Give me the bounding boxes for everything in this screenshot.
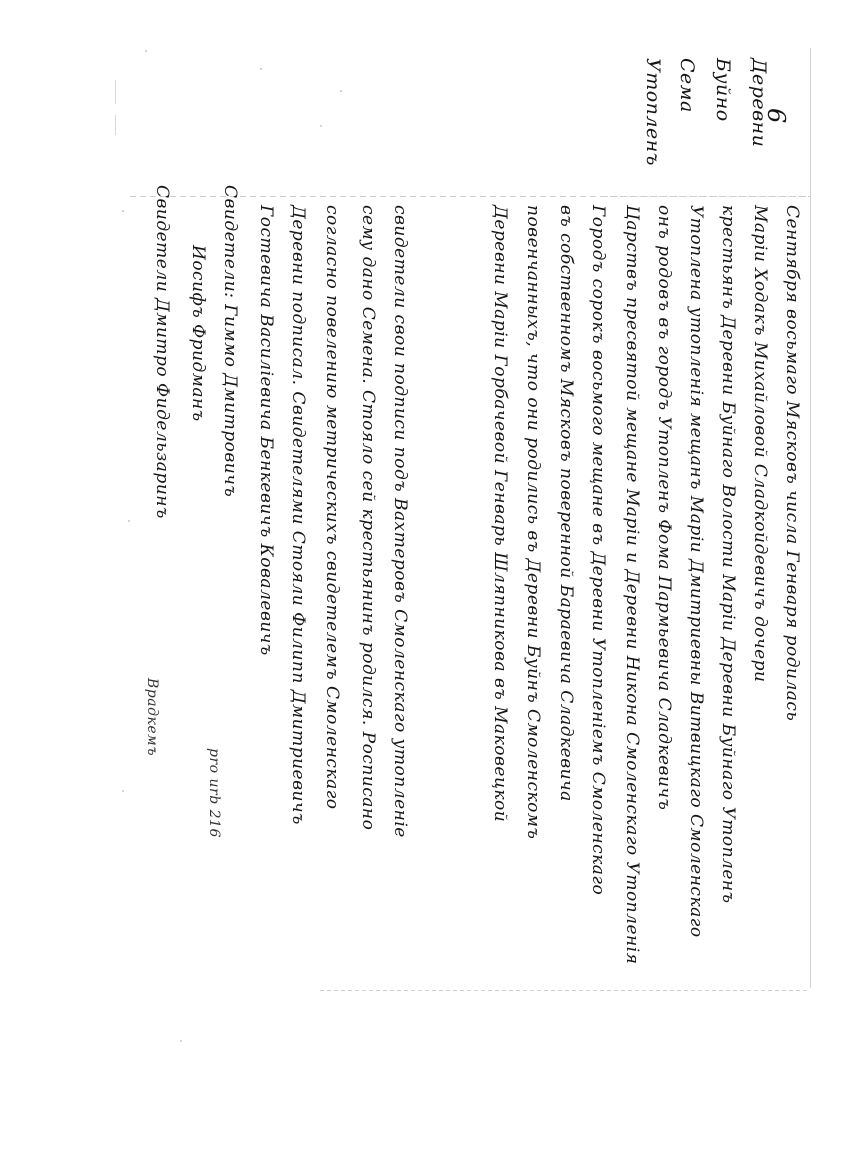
body-line: Царствъ пресвятой мещане Марiи и Деревни…	[622, 205, 642, 964]
scan-speck	[122, 210, 124, 212]
scan-speck	[260, 68, 262, 70]
scan-speck	[320, 125, 322, 127]
margin-entry: Утопленъ	[642, 58, 664, 166]
body-line: крестьянъ Деревни Буйнаго Волости Марiи …	[718, 205, 738, 903]
document-page: 6 Деревни Буйно Сема Утопленъ Сентября в…	[0, 0, 850, 1170]
scan-mark	[115, 80, 116, 104]
body-line: согласно повелению метрическихъ свидетел…	[322, 205, 342, 810]
body-line: Утоплена утопленiя мещанъ Марiи Дмитриев…	[686, 205, 706, 938]
body-line: Гостевича Василiевича Бенкевичъ Ковалеви…	[256, 205, 276, 656]
body-line: повенчанныхъ, что они родились въ Деревн…	[523, 205, 543, 839]
scan-speck	[128, 520, 130, 522]
body-line: свидетели свои подписи подъ Вахтеровъ См…	[390, 205, 410, 838]
ruled-line-bottom	[320, 990, 810, 991]
page-edge-line	[810, 48, 811, 988]
witness-signature: Свидетели Дмитро Фидельзаринъ	[152, 185, 172, 519]
body-line: онъ родовъ въ городъ Утопленъ Фома Пармь…	[654, 205, 674, 810]
signature: Иосифъ Фридманъ	[188, 245, 208, 422]
margin-entry: Буйно	[712, 58, 734, 122]
body-line: Городъ сорокъ восьмого мещане въ Деревни…	[588, 205, 608, 895]
margin-entry: Деревни	[748, 58, 770, 147]
annotation: pro urb 216	[206, 748, 222, 838]
scan-speck	[340, 90, 342, 92]
margin-entry: Сема	[676, 58, 698, 113]
witness-signature: Свидетели: Гиммо Дмитровичъ	[220, 185, 240, 497]
scan-speck	[122, 790, 124, 792]
body-line: сему дано Семена. Стояло сей крестьянинъ…	[358, 205, 378, 830]
body-line: Марiи Ходакъ Михайловой Сладкойдевичъ до…	[750, 205, 770, 682]
body-line: въ собственномъ Мясковъ поверенной Барае…	[556, 205, 576, 802]
annotation: Врадкемъ	[144, 678, 160, 756]
scan-speck	[180, 1040, 182, 1042]
scan-speck	[145, 50, 147, 52]
body-line: Сентября восьмаго Мясковъ числа Генваря …	[782, 205, 802, 721]
body-line: Деревни подписал. Свидетелями Стояли Фил…	[288, 205, 308, 825]
body-line: Деревни Марiи Горбачевой Генварь Шляпник…	[490, 205, 510, 822]
scan-mark	[115, 115, 116, 135]
